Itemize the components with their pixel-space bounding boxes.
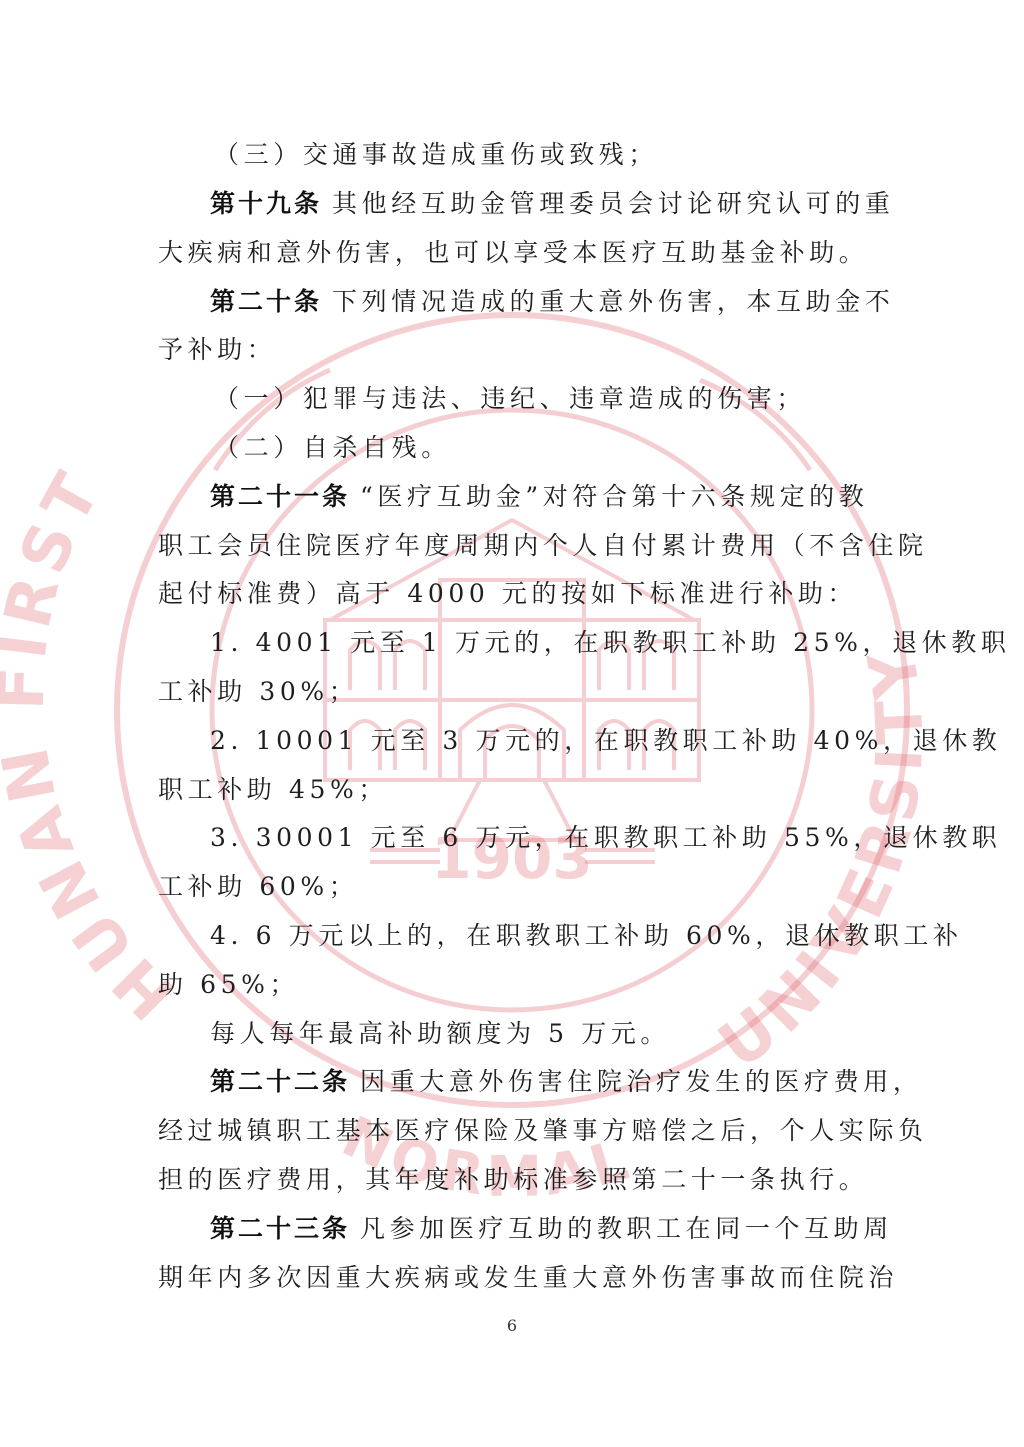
article-23-line: 第二十三条凡参加医疗互助的教职工在同一个互助周 xyxy=(210,1209,893,1249)
list-item: 2. 10001 元至 3 万元的，在职教职工补助 40%，退休教 xyxy=(210,721,1001,761)
article-heading: 第二十一条 xyxy=(210,482,350,511)
article-heading: 第二十二条 xyxy=(210,1067,350,1096)
text-line: 助 65%； xyxy=(158,965,299,1005)
text-line: 大疾病和意外伤害，也可以享受本医疗互助基金补助。 xyxy=(158,233,868,273)
text-line: （二）自杀自残。 xyxy=(214,428,451,468)
document-page: 1903 HUNAN FIRST NORMAL UNIVERSITY （三）交通… xyxy=(0,0,1024,1447)
article-heading: 第十九条 xyxy=(210,189,322,218)
text-line: 工补助 30%； xyxy=(158,672,358,712)
text-line: 职工补助 45%； xyxy=(158,770,388,810)
list-item: 3. 30001 元至 6 万元，在职教职工补助 55%，退休教职 xyxy=(210,818,1001,858)
list-item: 1. 4001 元至 1 万元的，在职教职工补助 25%，退休教职 xyxy=(210,623,1010,663)
article-heading: 第二十三条 xyxy=(210,1214,350,1243)
article-21-line: 第二十一条“医疗互助金”对符合第十六条规定的教 xyxy=(210,477,868,517)
text-line: 工补助 60%； xyxy=(158,867,358,907)
list-item: 4. 6 万元以上的，在职教职工补助 60%，退休教职工补 xyxy=(210,916,963,956)
article-heading: 第二十条 xyxy=(210,287,322,316)
article-19-line: 第十九条其他经互助金管理委员会讨论研究认可的重 xyxy=(210,184,894,224)
svg-text:UNIVERSITY: UNIVERSITY xyxy=(706,639,939,1084)
text-line: 每人每年最高补助额度为 5 万元。 xyxy=(210,1014,670,1054)
text-line: 起付标准费）高于 4000 元的按如下标准进行补助： xyxy=(158,574,857,614)
text-line: 期年内多次因重大疾病或发生重大意外伤害事故而住院治 xyxy=(158,1258,898,1298)
article-20-line: 第二十条下列情况造成的重大意外伤害，本互助金不 xyxy=(210,282,894,322)
text-line: 予补助： xyxy=(158,330,276,370)
page-number: 6 xyxy=(0,1316,1024,1335)
article-22-line: 第二十二条因重大意外伤害住院治疗发生的医疗费用， xyxy=(210,1062,922,1102)
text-line: 担的医疗费用，其年度补助标准参照第二十一条执行。 xyxy=(158,1160,868,1200)
text-line: （一）犯罪与违法、违纪、违章造成的伤害； xyxy=(214,379,806,419)
text-line: 经过城镇职工基本医疗保险及肇事方赔偿之后，个人实际负 xyxy=(158,1111,928,1151)
text-line: 职工会员住院医疗年度周期内个人自付累计费用（不含住院 xyxy=(158,526,928,566)
text-line: （三）交通事故造成重伤或致残； xyxy=(214,135,658,175)
